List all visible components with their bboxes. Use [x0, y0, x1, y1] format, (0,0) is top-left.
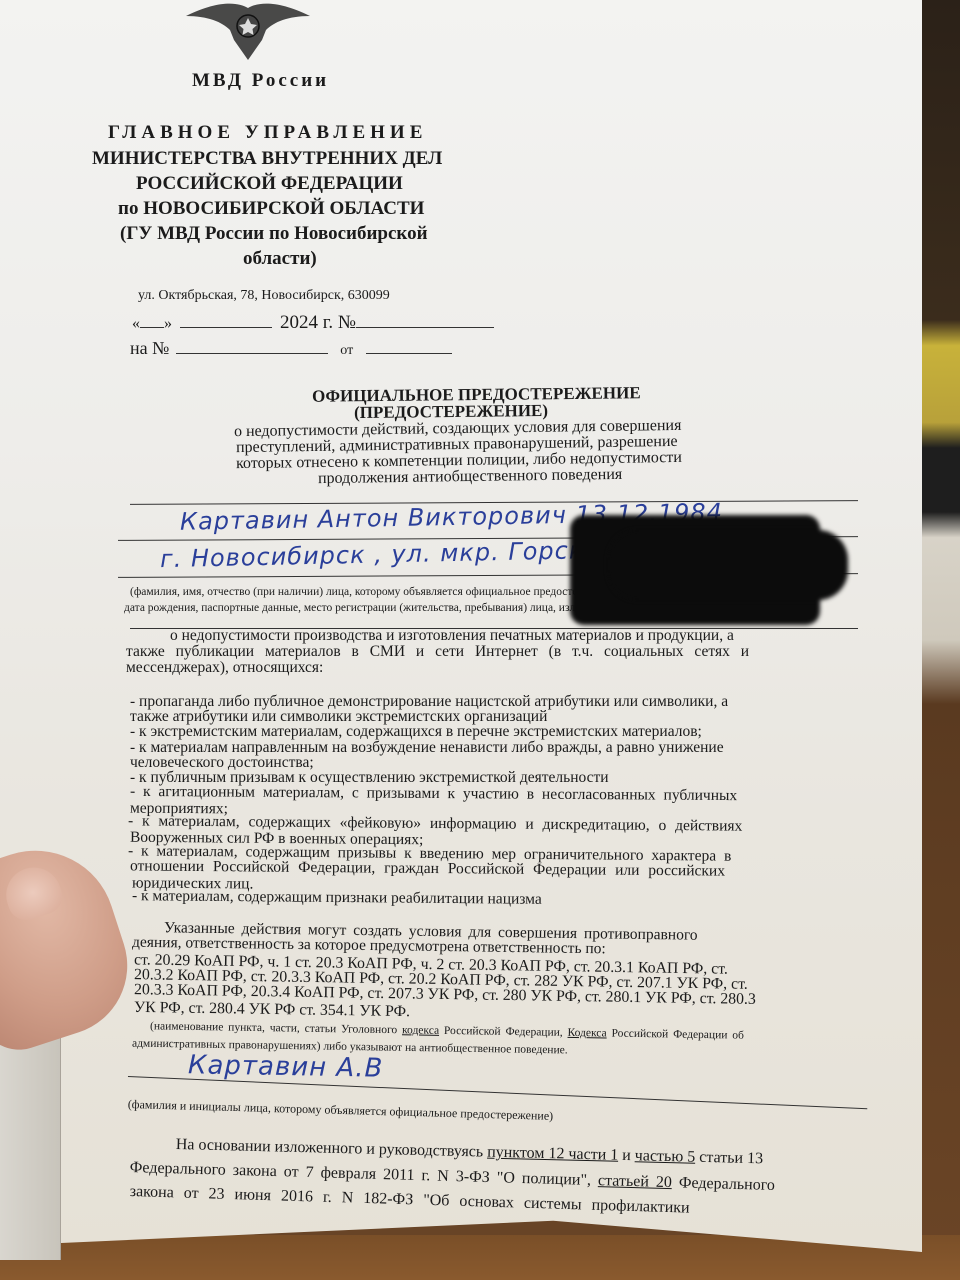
letterhead-line-2: МИНИСТЕРСТВА ВНУТРЕННИХ ДЕЛ [92, 146, 442, 171]
signature-caption: (фамилия и инициалы лица, которому объяв… [128, 1097, 554, 1124]
list-line-4: - к материалам направленным на возбужден… [130, 740, 724, 755]
prevention-law-article-link[interactable]: статьей 20 [598, 1172, 672, 1191]
ref-number-blank [176, 353, 328, 354]
letterhead-line-3: РОССИЙСКОЙ ФЕДЕРАЦИИ [136, 171, 403, 196]
subtitle-line-4: продолжения антиобщественного поведения [318, 467, 622, 487]
document-page: МВД России ГЛАВНОЕ УПРАВЛЕНИЕ МИНИСТЕРСТ… [0, 0, 922, 1252]
list-line-1: - пропаганда либо публичное демонстриров… [130, 694, 728, 709]
person-caption-line-1: (фамилия, имя, отчество (при наличии) ли… [130, 586, 625, 598]
thumbnail [0, 860, 67, 925]
handwritten-signature: Картавин А.В [188, 1050, 384, 1083]
letterhead-line-1: ГЛАВНОЕ УПРАВЛЕНИЕ [108, 120, 427, 145]
intro-line-1: о недопустимости производства и изготовл… [170, 628, 734, 643]
police-law-part5-link[interactable]: частью 5 [635, 1147, 696, 1165]
list-line-3: - к экстремистским материалам, содержащи… [130, 724, 702, 739]
intro-line-3: мессенджерах), относящихся: [126, 660, 323, 675]
ref-number-label: на № [130, 338, 169, 358]
agency-address: ул. Октябрьская, 78, Новосибирск, 630099 [138, 288, 390, 304]
admin-code-link[interactable]: Кодекса [567, 1027, 606, 1040]
agency-short-name: МВД России [192, 70, 329, 92]
mvd-emblem-icon [178, 0, 318, 62]
criminal-code-link[interactable]: кодекса [402, 1024, 439, 1037]
police-law-clause-link[interactable]: пунктом 12 части 1 [487, 1144, 618, 1164]
list-line-14: - к материалам, содержащим признаки реаб… [132, 888, 542, 907]
list-line-2: также атрибутики или символики экстремис… [130, 709, 547, 724]
year-number-label: 2024 г. № [280, 312, 356, 333]
list-line-5: человеческого достоинства; [130, 755, 314, 770]
redaction-mark-2 [608, 530, 848, 600]
date-line: «» 2024 г. № [132, 312, 494, 334]
day-open-quote: « [132, 315, 140, 332]
intro-line-2: также публикации материалов в СМИ и сети… [126, 644, 749, 659]
letterhead-line-5: (ГУ МВД России по Новосибирской [120, 221, 428, 246]
number-blank [356, 327, 494, 328]
day-close-quote: » [164, 315, 172, 332]
background-desk-right [918, 0, 960, 1280]
articles-line-4: УК РФ, ст. 280.4 УК РФ ст. 354.1 УК РФ. [134, 1000, 410, 1019]
reference-line: на № от [130, 338, 452, 359]
letterhead-line-6: области) [243, 246, 317, 271]
letterhead-line-4: по НОВОСИБИРСКОЙ ОБЛАСТИ [118, 196, 424, 221]
month-blank [180, 327, 272, 328]
ref-date-blank [366, 353, 452, 354]
ref-from-label: от [340, 343, 353, 358]
